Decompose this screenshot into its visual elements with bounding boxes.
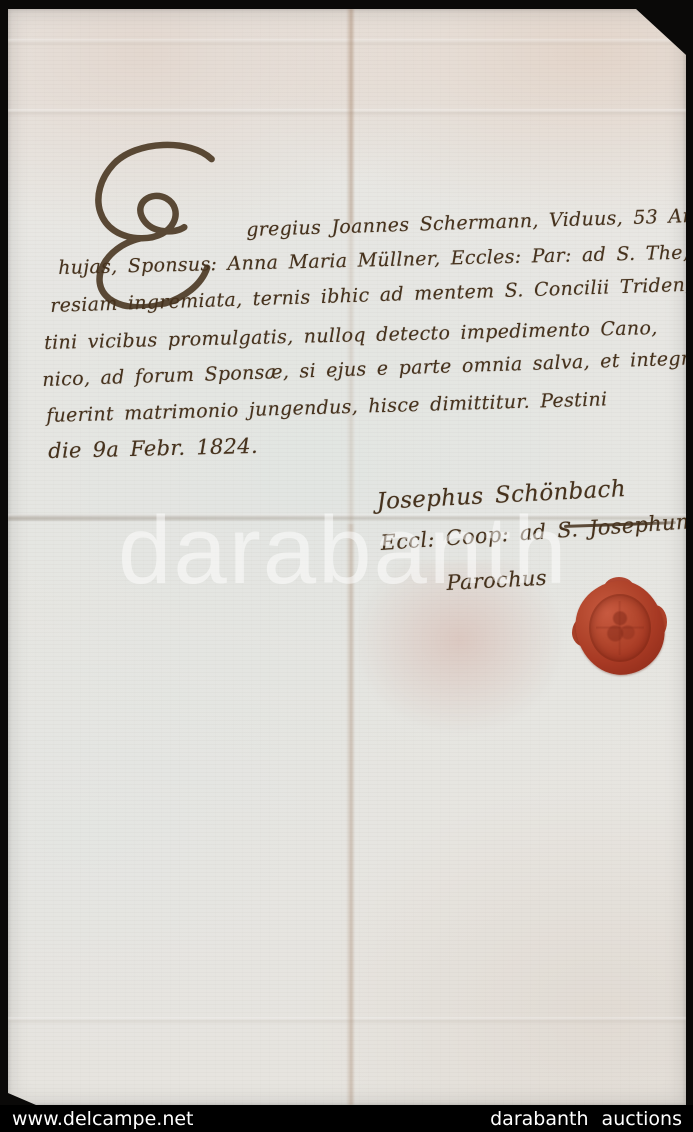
delcampe-url-text: www.delcampe.net xyxy=(12,1110,194,1129)
red-wax-seal xyxy=(574,579,666,677)
manuscript-paper: gregius Joannes Schermann, Viduus, 53 An… xyxy=(8,9,686,1105)
signature-role: Parochus xyxy=(446,568,547,594)
manuscript-line: fuerint matrimonio jungendus, hisce dimi… xyxy=(46,390,608,426)
manuscript-line: gregius Joannes Schermann, Viduus, 53 An… xyxy=(246,203,693,240)
manuscript-line: nico, ad forum Sponsæ, si ejus e parte o… xyxy=(42,349,693,390)
fold-crease-vertical xyxy=(346,9,355,1105)
caption-bar: www.delcampe.net darabanth auctions xyxy=(0,1105,693,1132)
manuscript-date-line: die 9a Febr. 1824. xyxy=(48,436,258,462)
signature-name: Josephus Schönbach xyxy=(376,478,626,514)
photo-frame: gregius Joannes Schermann, Viduus, 53 An… xyxy=(0,0,693,1132)
darabanth-auctions-text: darabanth auctions xyxy=(490,1110,682,1129)
